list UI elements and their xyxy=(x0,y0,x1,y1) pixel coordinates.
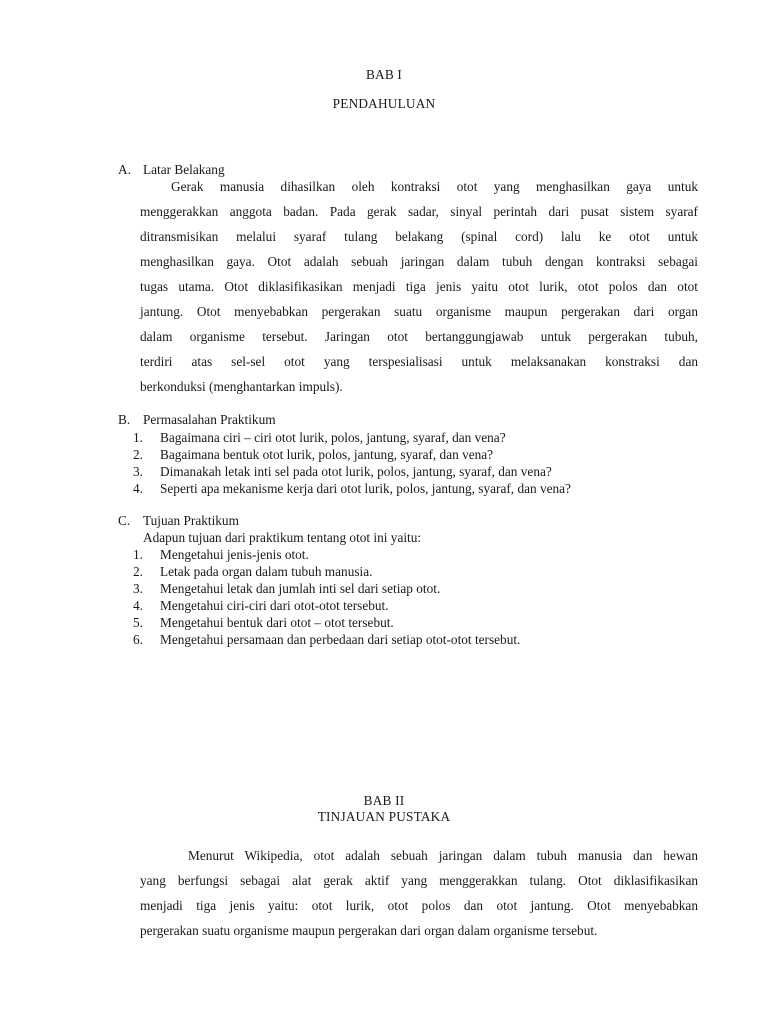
list-number: 2. xyxy=(133,446,160,463)
list-text: Letak pada organ dalam tubuh manusia. xyxy=(160,564,372,579)
list-text: Bagaimana ciri – ciri otot lurik, polos,… xyxy=(160,430,506,445)
section-b-heading: B.Permasalahan Praktikum xyxy=(118,412,276,428)
list-text: Mengetahui persamaan dan perbedaan dari … xyxy=(160,632,520,647)
paragraph-line: menggerakkan anggota badan. Pada gerak s… xyxy=(140,199,698,224)
list-item: 3.Mengetahui letak dan jumlah inti sel d… xyxy=(133,580,520,597)
section-c-heading: C.Tujuan Praktikum xyxy=(118,513,239,529)
paragraph-line: menghasilkan gaya. Otot adalah sebuah ja… xyxy=(140,249,698,274)
section-title: Permasalahan Praktikum xyxy=(143,412,276,427)
objectives-intro: Adapun tujuan dari praktikum tentang oto… xyxy=(143,530,421,546)
list-item: 2.Letak pada organ dalam tubuh manusia. xyxy=(133,563,520,580)
chapter-number: BAB I xyxy=(0,67,768,83)
paragraph-line: pergerakan suatu organisme maupun perger… xyxy=(140,918,698,943)
problem-list: 1.Bagaimana ciri – ciri otot lurik, polo… xyxy=(133,429,571,497)
list-text: Mengetahui bentuk dari otot – otot terse… xyxy=(160,615,394,630)
paragraph-line: tugas utama. Otot diklasifikasikan menja… xyxy=(140,274,698,299)
list-number: 2. xyxy=(133,563,160,580)
section-letter: C. xyxy=(118,513,143,529)
paragraph-line: terdiri atas sel-sel otot yang terspesia… xyxy=(140,349,698,374)
list-text: Bagaimana bentuk otot lurik, polos, jant… xyxy=(160,447,493,462)
chapter-title: TINJAUAN PUSTAKA xyxy=(0,809,768,825)
list-number: 1. xyxy=(133,546,160,563)
literature-paragraph: Menurut Wikipedia, otot adalah sebuah ja… xyxy=(140,843,698,943)
list-item: 2.Bagaimana bentuk otot lurik, polos, ja… xyxy=(133,446,571,463)
paragraph-line: jantung. Otot menyebabkan pergerakan sua… xyxy=(140,299,698,324)
list-text: Dimanakah letak inti sel pada otot lurik… xyxy=(160,464,552,479)
list-number: 5. xyxy=(133,614,160,631)
list-text: Mengetahui ciri-ciri dari otot-otot ters… xyxy=(160,598,389,613)
list-item: 3.Dimanakah letak inti sel pada otot lur… xyxy=(133,463,571,480)
list-item: 4.Mengetahui ciri-ciri dari otot-otot te… xyxy=(133,597,520,614)
paragraph-line: dalam organisme tersebut. Jaringan otot … xyxy=(140,324,698,349)
list-item: 1.Bagaimana ciri – ciri otot lurik, polo… xyxy=(133,429,571,446)
list-number: 4. xyxy=(133,597,160,614)
list-text: Mengetahui letak dan jumlah inti sel dar… xyxy=(160,581,440,596)
section-letter: B. xyxy=(118,412,143,428)
list-number: 3. xyxy=(133,580,160,597)
paragraph-line: Gerak manusia dihasilkan oleh kontraksi … xyxy=(140,174,698,199)
list-item: 4.Seperti apa mekanisme kerja dari otot … xyxy=(133,480,571,497)
paragraph-line: Menurut Wikipedia, otot adalah sebuah ja… xyxy=(140,843,698,868)
paragraph-line: berkonduksi (menghantarkan impuls). xyxy=(140,374,698,399)
document-page: BAB I PENDAHULUAN A.Latar Belakang Gerak… xyxy=(0,0,768,1024)
paragraph-line: ditransmisikan melalui syaraf tulang bel… xyxy=(140,224,698,249)
background-paragraph: Gerak manusia dihasilkan oleh kontraksi … xyxy=(140,174,698,399)
list-number: 6. xyxy=(133,631,160,648)
list-item: 5.Mengetahui bentuk dari otot – otot ter… xyxy=(133,614,520,631)
paragraph-line: yang berfungsi sebagai alat gerak aktif … xyxy=(140,868,698,893)
list-text: Mengetahui jenis-jenis otot. xyxy=(160,547,309,562)
list-number: 4. xyxy=(133,480,160,497)
list-item: 6.Mengetahui persamaan dan perbedaan dar… xyxy=(133,631,520,648)
paragraph-line: menjadi tiga jenis yaitu: otot lurik, ot… xyxy=(140,893,698,918)
list-text: Seperti apa mekanisme kerja dari otot lu… xyxy=(160,481,571,496)
chapter-title: PENDAHULUAN xyxy=(0,96,768,112)
list-number: 3. xyxy=(133,463,160,480)
chapter-number: BAB II xyxy=(0,793,768,809)
section-title: Tujuan Praktikum xyxy=(143,513,239,528)
objectives-list: 1.Mengetahui jenis-jenis otot. 2.Letak p… xyxy=(133,546,520,648)
list-item: 1.Mengetahui jenis-jenis otot. xyxy=(133,546,520,563)
list-number: 1. xyxy=(133,429,160,446)
